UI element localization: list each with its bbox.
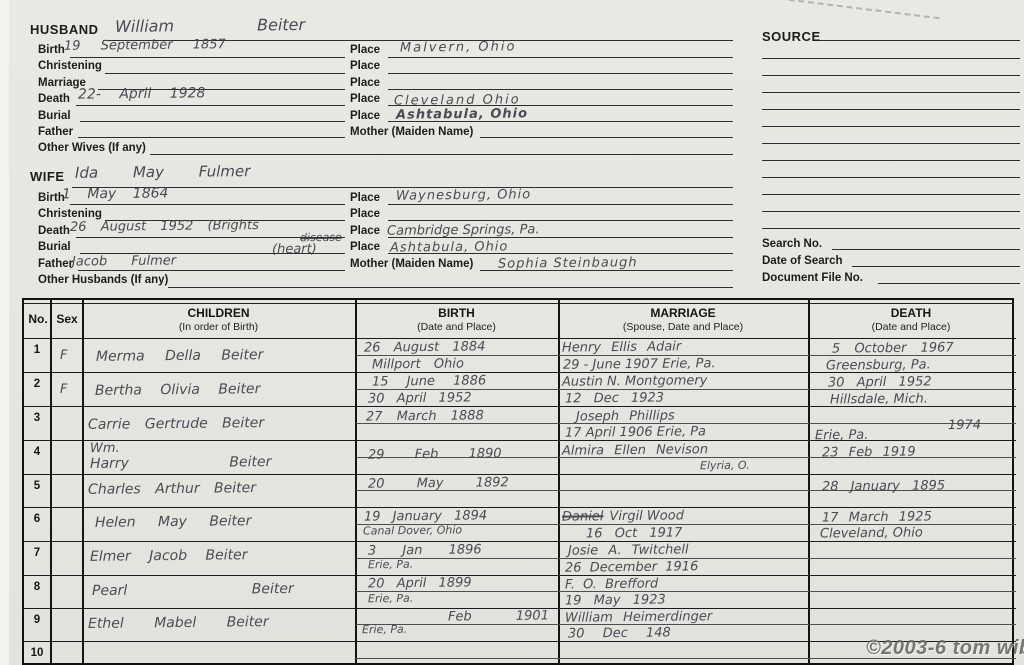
child-marriage-spouse: Joseph Phillips: [576, 408, 675, 424]
place-label: Place: [350, 60, 380, 72]
child-birth-date: 20 May 1892: [368, 475, 509, 491]
child-marriage-date: 17 April 1906 Erie, Pa: [565, 424, 706, 440]
table-column-divider: [558, 298, 560, 665]
source-line: [762, 126, 1020, 127]
place-label: Place: [350, 44, 380, 56]
child-birth-place: Erie, Pa.: [362, 623, 407, 636]
wife-death-value: 26 August 1952 (Brights: [70, 218, 259, 235]
place-label: Place: [350, 208, 380, 220]
table-row-line: [22, 474, 1016, 475]
child-death-place: Greensburg, Pa.: [826, 357, 931, 373]
row-number: 10: [24, 647, 50, 659]
child-birth-date: 27 March 1888: [366, 408, 484, 424]
child-marriage-spouse: F. O. Brefford: [565, 577, 658, 593]
wife-name-handwriting: Ida May Fulmer: [75, 162, 251, 182]
wife-burial-note: (heart): [272, 242, 317, 257]
ruled-line: [70, 57, 345, 58]
wife-birth-label: Birth: [38, 192, 65, 204]
source-line: [762, 194, 1020, 195]
source-line: [762, 177, 1020, 178]
source-line: [762, 58, 1020, 59]
search-no-line: [832, 249, 1020, 250]
table-column-divider: [82, 298, 84, 665]
document-file-no-line: [878, 283, 1020, 284]
child-marriage-date: 29 - June 1907 Erie, Pa.: [563, 356, 716, 373]
col-header-marriage: MARRIAGE: [558, 306, 808, 320]
child-death-date: 23 Feb 1919: [822, 445, 916, 461]
wife-christening-label: Christening: [38, 208, 102, 220]
child-name-2: Harry Beiter: [90, 454, 271, 472]
child-birth-date: 29 Feb 1890: [368, 446, 502, 462]
husband-death-label: Death: [38, 93, 70, 105]
child-birth-place: Erie, Pa.: [368, 558, 413, 571]
child-sex: F: [60, 348, 68, 363]
wife-other-husbands-label: Other Husbands (If any): [38, 274, 168, 286]
source-line: [762, 160, 1020, 161]
child-death-date: 1974: [948, 418, 981, 433]
ruled-line: [388, 253, 733, 254]
wife-birth-value: 1 May 1864: [62, 185, 169, 202]
row-number: 1: [24, 344, 50, 356]
child-marriage-date: 19 May 1923: [565, 592, 666, 608]
struck-name: Daniel: [562, 509, 604, 524]
child-death-place: Cleveland, Ohio: [820, 525, 923, 541]
table-column-divider: [50, 298, 52, 665]
row-number: 7: [24, 547, 50, 559]
child-death-place: Erie, Pa.: [815, 428, 869, 444]
child-birth-place: Millport Ohio: [372, 357, 464, 373]
ruled-line: [480, 137, 733, 138]
child-marriage-spouse: Almira Ellen Nevison: [562, 442, 708, 459]
ruled-line: [150, 154, 733, 155]
col-header-death: DEATH: [808, 306, 1014, 320]
col-header-no: No.: [26, 312, 50, 326]
wife-section-label: WIFE: [30, 169, 65, 184]
child-marriage-place: Elyria, O.: [700, 459, 750, 473]
husband-section-label: HUSBAND: [30, 22, 99, 37]
husband-birth-value: 19 September 1857: [64, 37, 226, 54]
child-birth-place: 30 April 1952: [368, 390, 472, 406]
col-header-sex: Sex: [52, 312, 82, 326]
child-birth-date: 26 August 1884: [364, 339, 486, 355]
child-name: Wm.: [90, 441, 120, 456]
place-label: Place: [350, 225, 380, 237]
child-birth-place: Erie, Pa.: [368, 592, 413, 605]
row-number: 8: [24, 581, 50, 593]
child-name: Helen May Beiter: [95, 513, 251, 531]
child-death-date: 5 October 1967: [832, 340, 954, 356]
child-name: Charles Arthur Beiter: [88, 480, 256, 498]
ruled-line: [388, 105, 733, 106]
col-header-marriage-sub: (Spouse, Date and Place): [558, 321, 808, 333]
wife-death-label: Death: [38, 225, 70, 237]
row-number: 2: [24, 378, 50, 390]
child-name: Bertha Olivia Beiter: [95, 381, 261, 399]
mother-maiden-name-label: Mother (Maiden Name): [350, 126, 473, 138]
wife-burial-label: Burial: [38, 241, 71, 253]
table-row-line: [22, 338, 1016, 339]
table-row-line: [22, 575, 1016, 576]
row-number: 5: [24, 480, 50, 492]
wife-father-value: Jacob Fulmer: [72, 253, 176, 269]
row-number: 6: [24, 513, 50, 525]
ruled-line: [388, 237, 733, 238]
ruled-line: [70, 204, 345, 205]
pencil-scratch-mark: [788, 0, 939, 19]
place-label: Place: [350, 77, 380, 89]
child-name: Elmer Jacob Beiter: [90, 547, 248, 565]
search-no-label: Search No.: [762, 238, 822, 250]
table-row-line: [22, 541, 1016, 542]
child-marriage-spouse: Austin N. Montgomery: [562, 373, 708, 390]
child-marriage-date: 30 Dec 148: [568, 625, 671, 641]
date-of-search-label: Date of Search: [762, 255, 843, 267]
scanned-family-group-sheet: HUSBAND William Beiter Birth 19 Septembe…: [0, 0, 1024, 665]
source-line: [762, 92, 1020, 93]
child-name: Ethel Mabel Beiter: [88, 614, 269, 632]
ruled-line: [480, 270, 733, 271]
husband-birth-place: Malvern, Ohio: [400, 39, 517, 55]
place-label: Place: [350, 110, 380, 122]
child-birth-date: 20 April 1899: [368, 575, 472, 591]
husband-death-value: 22- April 1928: [78, 85, 206, 102]
col-header-birth-sub: (Date and Place): [355, 321, 558, 333]
col-header-birth: BIRTH: [355, 306, 558, 320]
table-double-rule: [24, 303, 1014, 304]
table-column-divider: [355, 298, 357, 665]
wife-father-label: Father: [38, 258, 73, 270]
copyright-watermark: ©2003-6 tom wible: [866, 637, 1024, 660]
husband-birth-label: Birth: [38, 44, 65, 56]
child-marriage-spouse: William Heimerdinger: [565, 609, 712, 626]
ruled-line: [80, 121, 345, 122]
ruled-line: [105, 73, 345, 74]
ruled-line: [76, 237, 345, 238]
source-line: [762, 109, 1020, 110]
document-file-no-label: Document File No.: [762, 272, 863, 284]
scan-edge: [0, 0, 9, 665]
child-death-date: 28 January 1895: [822, 478, 945, 494]
husband-christening-label: Christening: [38, 60, 102, 72]
husband-burial-label: Burial: [38, 110, 71, 122]
child-name: Carrie Gertrude Beiter: [88, 415, 264, 433]
source-section-label: SOURCE: [762, 29, 821, 44]
child-name: Merma Della Beiter: [96, 347, 263, 365]
ruled-line: [388, 57, 733, 58]
child-marriage-date: 26 December 1916: [565, 559, 698, 575]
source-line: [762, 211, 1020, 212]
col-header-children: CHILDREN: [82, 306, 355, 320]
col-header-children-sub: (In order of Birth): [82, 321, 355, 333]
mother-maiden-name-label: Mother (Maiden Name): [350, 258, 473, 270]
ruled-line: [388, 73, 733, 74]
ruled-line: [388, 121, 733, 122]
husband-name-handwriting: William Beiter: [115, 15, 305, 36]
source-line: [818, 40, 1020, 41]
child-birth-date: 19 January 1894: [364, 508, 487, 524]
ruled-line: [78, 137, 345, 138]
child-marriage-spouse: Josie A. Twitchell: [568, 542, 689, 558]
ruled-line: [78, 270, 345, 271]
spouse-name: Virgil Wood: [609, 508, 684, 524]
source-line: [762, 228, 1020, 229]
row-number: 3: [24, 412, 50, 424]
place-label: Place: [350, 241, 380, 253]
source-line: [762, 75, 1020, 76]
ruled-line: [168, 287, 733, 288]
child-birth-date: Feb 1901: [448, 608, 549, 624]
place-label: Place: [350, 192, 380, 204]
child-marriage-spouse: DanielVirgil Wood: [562, 508, 684, 524]
ruled-line: [388, 204, 733, 205]
source-line: [762, 143, 1020, 144]
child-death-date: 30 April 1952: [828, 374, 932, 390]
place-label: Place: [350, 93, 380, 105]
husband-father-label: Father: [38, 126, 73, 138]
child-death-place: Hillsdale, Mich.: [830, 391, 928, 407]
row-number: 9: [24, 614, 50, 626]
ruled-line: [388, 220, 733, 221]
child-marriage-date: 16 Oct 1917: [586, 525, 683, 541]
child-birth-date: 15 June 1886: [372, 373, 486, 389]
child-marriage-date: 12 Dec 1923: [565, 390, 664, 406]
row-number: 4: [24, 446, 50, 458]
child-birth-place: Canal Dover, Ohio: [363, 523, 462, 537]
child-birth-date: 3 Jan 1896: [368, 542, 482, 558]
table-row-line: [22, 507, 1016, 508]
date-of-search-line: [852, 266, 1020, 267]
child-death-date: 17 March 1925: [822, 509, 932, 525]
husband-other-wives-label: Other Wives (If any): [38, 142, 146, 154]
table-column-divider: [808, 298, 810, 665]
ruled-line: [76, 105, 345, 106]
child-marriage-spouse: Henry Ellis Adair: [562, 339, 681, 355]
ruled-line: [388, 89, 733, 90]
cell-sub-line: [356, 591, 1016, 592]
child-sex: F: [60, 382, 68, 397]
col-header-death-sub: (Date and Place): [808, 321, 1014, 333]
wife-birth-place: Waynesburg, Ohio: [396, 187, 531, 203]
child-name: Pearl Beiter: [92, 581, 294, 599]
